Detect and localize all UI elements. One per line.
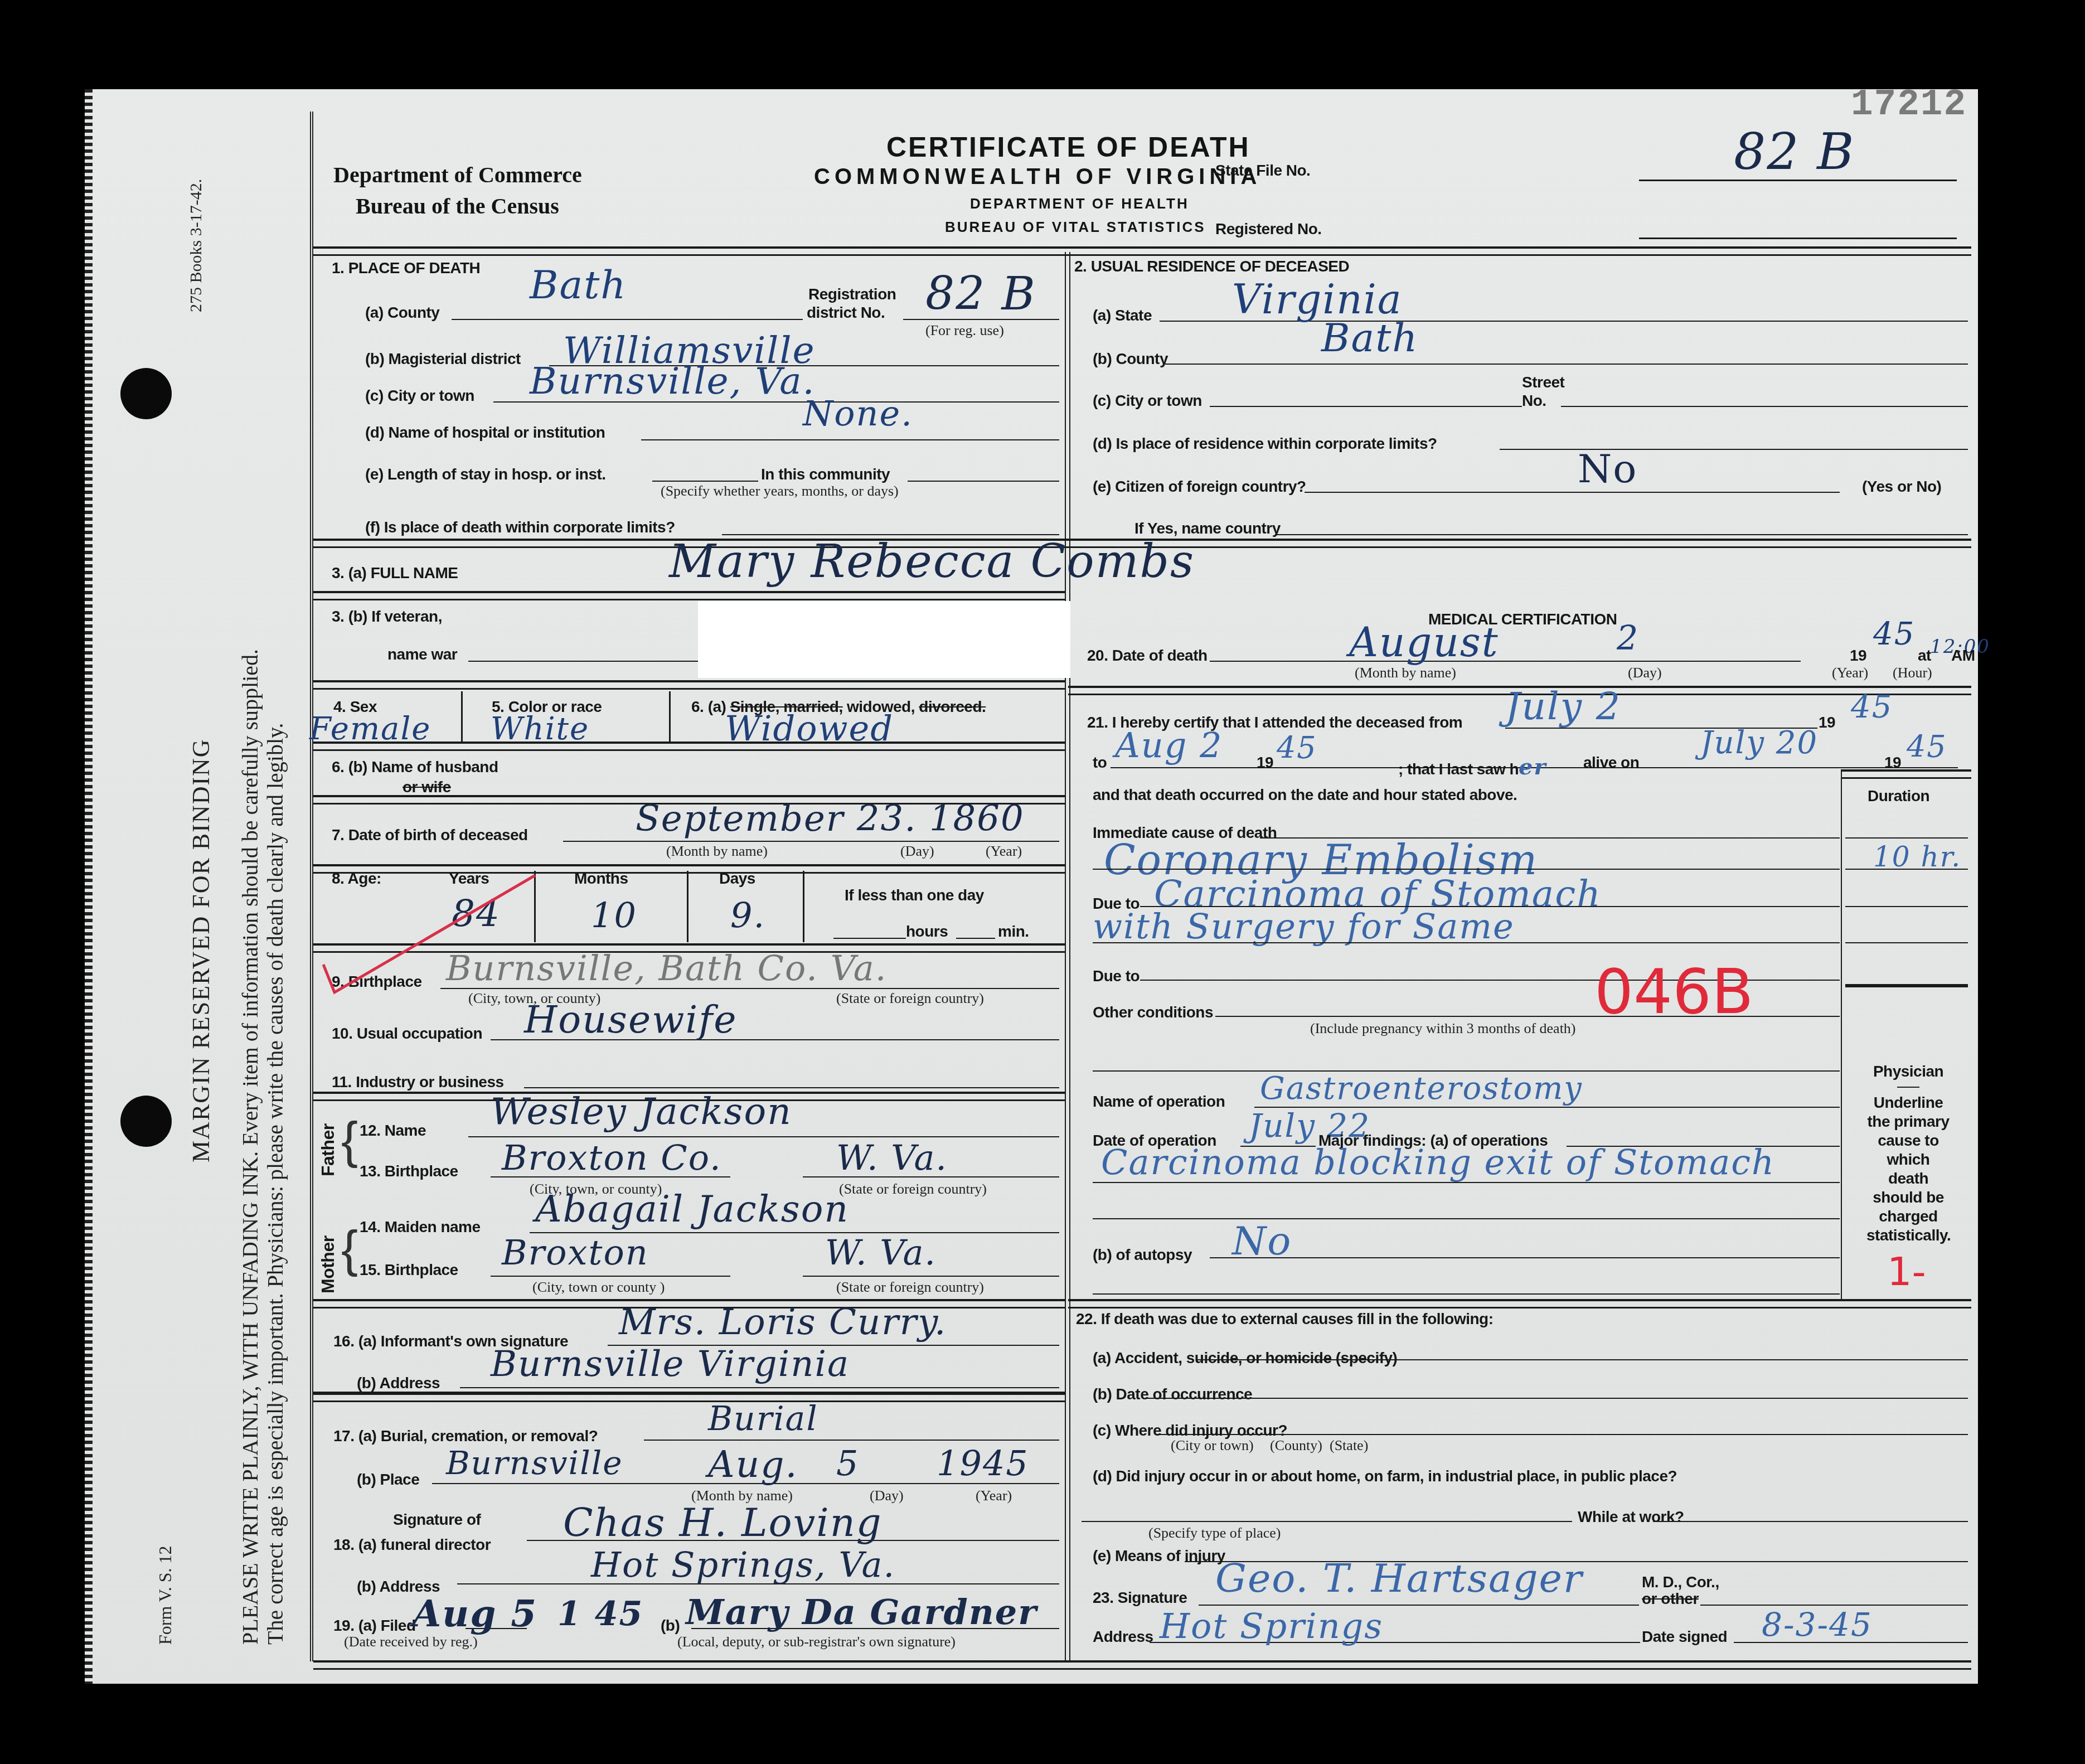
- dob-year-hint: (Year): [986, 843, 1022, 860]
- hours-label: hours: [906, 923, 948, 941]
- injury-city-hint: (City or town): [1171, 1437, 1254, 1454]
- operation-name-value[interactable]: Gastroenterostomy: [1260, 1070, 1583, 1107]
- registered-number-field[interactable]: [1639, 220, 1957, 237]
- dob-day-hint: (Day): [900, 843, 934, 860]
- spouse-name-label: 6. (b) Name of husband: [332, 758, 498, 776]
- community-label: In this community: [761, 466, 890, 483]
- due-to-value-1b[interactable]: with Surgery for Same: [1093, 906, 1515, 947]
- full-name-label: 3. (a) FULL NAME: [332, 564, 458, 582]
- burial-year-hint: (Year): [976, 1487, 1012, 1504]
- dob-month-hint: (Month by name): [666, 843, 768, 860]
- mother-tag: Mother: [318, 1235, 338, 1293]
- torn-edge: [85, 89, 93, 1684]
- occurrence-date-label: (b) Date of occurrence: [1093, 1385, 1252, 1403]
- informant-signature-value[interactable]: Mrs. Loris Curry.: [619, 1302, 947, 1343]
- magisterial-label: (b) Magisterial district: [365, 350, 521, 368]
- form-id: Form V. S. 12: [155, 1545, 176, 1645]
- filed-date-value[interactable]: Aug 5: [413, 1592, 537, 1635]
- department-of-health: DEPARTMENT OF HEALTH: [970, 195, 1189, 212]
- red-checkmark-icon: [312, 870, 546, 1004]
- dob-value[interactable]: September 23. 1860: [636, 798, 1025, 840]
- death-at-label: at: [1918, 647, 1931, 665]
- res-state-label: (a) State: [1093, 307, 1152, 324]
- filed-year-value[interactable]: 1 45: [557, 1595, 643, 1634]
- death-year-prefix: 19: [1850, 647, 1866, 665]
- other-conditions-label: Other conditions: [1093, 1004, 1213, 1021]
- min-label: min.: [998, 923, 1029, 941]
- informant-address-value[interactable]: Burnsville Virginia: [491, 1344, 850, 1385]
- occurred-label: and that death occurred on the date and …: [1093, 786, 1517, 804]
- mother-state-hint: (State or foreign country): [836, 1279, 984, 1296]
- burial-year-value[interactable]: 1945: [937, 1443, 1029, 1484]
- mother-city-hint: (City, town or county ): [532, 1279, 665, 1296]
- less-than-day-label: If less than one day: [845, 886, 984, 904]
- foreign-citizen-label: (e) Citizen of foreign country?: [1093, 478, 1306, 496]
- filed-date-hint: (Date received by reg.): [344, 1634, 478, 1650]
- injury-state-hint: (State): [1330, 1437, 1368, 1454]
- dod-hour-hint: (Hour): [1893, 665, 1932, 681]
- registrar-b-label: (b): [661, 1617, 680, 1635]
- commonwealth-title: COMMONWEALTH OF VIRGINIA: [814, 164, 1261, 190]
- industry-label: 11. Industry or business: [332, 1073, 504, 1091]
- registrar-signature-value[interactable]: Mary Da Gardner: [686, 1592, 1037, 1632]
- certificate-title: CERTIFICATE OF DEATH: [886, 131, 1250, 163]
- other-conditions-hint: (Include pregnancy within 3 months of de…: [1310, 1020, 1576, 1037]
- external-causes-heading: 22. If death was due to external causes …: [1076, 1310, 1494, 1328]
- reg-use-hint: (For reg. use): [925, 322, 1004, 339]
- operation-name-label: Name of operation: [1093, 1093, 1225, 1111]
- residence-heading: 2. USUAL RESIDENCE OF DECEASED: [1074, 258, 1349, 275]
- age-days-label: Days: [719, 870, 755, 888]
- major-findings-value[interactable]: Carcinoma blocking exit of Stomach: [1101, 1142, 1775, 1183]
- last-saw-label: ; that I last saw her: [1398, 754, 1547, 780]
- mother-birthplace-city[interactable]: Broxton: [502, 1232, 649, 1273]
- death-year-value[interactable]: 45: [1873, 616, 1915, 652]
- father-name-label: 12. Name: [360, 1122, 426, 1140]
- burial-method-label: 17. (a) Burial, cremation, or removal?: [333, 1427, 598, 1445]
- father-birthplace-state[interactable]: W. Va.: [836, 1137, 948, 1178]
- autopsy-value[interactable]: No: [1232, 1218, 1292, 1264]
- place-of-death-heading: 1. PLACE OF DEATH: [332, 259, 480, 277]
- father-name-value[interactable]: Wesley Jackson: [491, 1090, 792, 1133]
- age-months-label: Months: [574, 870, 628, 888]
- death-month-value[interactable]: August: [1349, 619, 1499, 666]
- date-signed-label: Date signed: [1642, 1628, 1727, 1646]
- bureau-census: Bureau of the Census: [356, 193, 559, 219]
- means-of-injury-label: (e) Means of injury: [1093, 1547, 1225, 1565]
- punch-hole-top: [120, 368, 172, 419]
- stamped-number: 17212: [1851, 84, 1967, 125]
- reg-district-label-2: district No.: [807, 304, 885, 322]
- death-county-value[interactable]: Bath: [530, 262, 627, 308]
- certifier-signature-value[interactable]: Geo. T. Hartsager: [1215, 1555, 1583, 1601]
- reg-district-label: Registration: [808, 285, 896, 303]
- reg-district-value[interactable]: 82 B: [925, 268, 1036, 321]
- last-seen-year[interactable]: 45: [1907, 729, 1947, 764]
- punch-hole-bottom: [120, 1096, 172, 1147]
- burial-method-value[interactable]: Burial: [708, 1399, 818, 1438]
- mother-birthplace-state[interactable]: W. Va.: [825, 1232, 937, 1273]
- mother-birthplace-label: 15. Birthplace: [360, 1261, 458, 1279]
- attended-from-year[interactable]: 45: [1851, 689, 1893, 725]
- burial-day-value[interactable]: 5: [836, 1443, 859, 1484]
- county-label: (a) County: [365, 304, 439, 322]
- physician-note: Physician Underline the primary cause to…: [1866, 1062, 1950, 1245]
- death-corporate-label: (f) Is place of death within corporate l…: [365, 518, 675, 536]
- certifier-address-value[interactable]: Hot Springs: [1160, 1606, 1383, 1646]
- date-signed-value[interactable]: 8-3-45: [1762, 1606, 1873, 1644]
- attended-from-value[interactable]: July 2: [1505, 685, 1621, 729]
- stay-label: (e) Length of stay in hosp. or inst.: [365, 466, 606, 483]
- mother-brace: {: [341, 1221, 358, 1278]
- dob-label: 7. Date of birth of deceased: [332, 826, 528, 844]
- print-info: 275 Books 3-17-42.: [187, 179, 206, 312]
- certifier-address-label: Address: [1093, 1628, 1153, 1646]
- spouse-or-wife-label: or wife: [403, 778, 451, 796]
- mother-name-label: 14. Maiden name: [360, 1218, 481, 1236]
- bureau-vital-statistics: BUREAU OF VITAL STATISTICS: [945, 219, 1206, 236]
- name-war-label: name war: [387, 646, 457, 663]
- dod-month-hint: (Month by name): [1355, 665, 1456, 681]
- registered-label: Registered No.: [1215, 220, 1322, 238]
- red-mark: 1-: [1887, 1249, 1926, 1295]
- res-county-label: (b) County: [1093, 350, 1168, 368]
- instruction-line-2: The correct age is especially important.…: [262, 723, 288, 1645]
- burial-place-value[interactable]: Burnsville: [446, 1444, 623, 1482]
- yes-no-hint: (Yes or No): [1862, 478, 1941, 496]
- due-to-label-2: Due to: [1093, 967, 1140, 985]
- director-signature-label: Signature of: [393, 1511, 481, 1529]
- to-year-prefix: 19: [1257, 754, 1273, 772]
- occupation-value[interactable]: Housewife: [524, 998, 738, 1042]
- full-name-value[interactable]: Mary Rebecca Combs: [669, 535, 1195, 588]
- res-county-value[interactable]: Bath: [1321, 315, 1418, 361]
- death-ampm: AM: [1951, 647, 1975, 665]
- age-months-value[interactable]: 10: [591, 895, 637, 936]
- father-tag: Father: [318, 1123, 338, 1176]
- registrar-hint: (Local, deputy, or sub-registrar's own s…: [677, 1634, 956, 1650]
- from-year-prefix: 19: [1819, 714, 1835, 731]
- hospital-label: (d) Name of hospital or institution: [365, 424, 605, 442]
- death-city-value[interactable]: Burnsville, Va.: [530, 360, 816, 403]
- filed-label: 19. (a) Filed: [333, 1617, 416, 1635]
- state-file-label: State File No.: [1215, 162, 1310, 180]
- age-days-value[interactable]: 9.: [730, 895, 765, 936]
- death-city-label: (c) City or town: [365, 387, 474, 405]
- res-corporate-label: (d) Is place of residence within corpora…: [1093, 435, 1437, 453]
- attended-to-value[interactable]: Aug 2: [1115, 725, 1223, 765]
- dept-commerce: Department of Commerce: [333, 162, 582, 188]
- stay-hint: (Specify whether years, months, or days): [661, 483, 899, 500]
- injury-place-label: (d) Did injury occur in or about home, o…: [1093, 1467, 1677, 1485]
- date-of-death-label: 20. Date of death: [1087, 647, 1208, 665]
- father-brace: {: [341, 1112, 358, 1170]
- duration-label: Duration: [1868, 787, 1929, 805]
- father-state-hint: (State or foreign country): [839, 1181, 987, 1198]
- director-address-value[interactable]: Hot Springs, Va.: [591, 1544, 895, 1585]
- alive-on-label: alive on: [1583, 754, 1639, 772]
- or-other-label: or other: [1642, 1590, 1699, 1608]
- attended-to-year[interactable]: 45: [1277, 730, 1317, 765]
- burial-month-value[interactable]: Aug.: [708, 1443, 798, 1486]
- md-cor-label: M. D., Cor.,: [1642, 1573, 1719, 1591]
- hospital-value[interactable]: None.: [803, 393, 913, 434]
- foreign-citizen-value[interactable]: No: [1578, 446, 1637, 492]
- accident-label: (a) Accident, suicide, or homicide (spec…: [1093, 1349, 1397, 1367]
- instruction-line-1: PLEASE WRITE PLAINLY, WITH UNFADING INK.…: [237, 649, 263, 1645]
- dod-day-hint: (Day): [1628, 665, 1662, 681]
- occupation-label: 10. Usual occupation: [332, 1025, 482, 1043]
- funeral-director-label: 18. (a) funeral director: [333, 1536, 491, 1554]
- injury-county-hint: (County): [1270, 1437, 1322, 1454]
- burial-place-label: (b) Place: [357, 1471, 419, 1489]
- veteran-label: 3. (b) If veteran,: [332, 608, 442, 626]
- certifier-signature-label: 23. Signature: [1093, 1589, 1187, 1607]
- to-label: to: [1093, 754, 1107, 772]
- street-no-label: No.: [1522, 392, 1546, 410]
- last-seen-value[interactable]: July 20: [1700, 725, 1818, 761]
- while-at-work-label: While at work?: [1578, 1508, 1684, 1526]
- father-birthplace-label: 13. Birthplace: [360, 1162, 458, 1180]
- res-city-label: (c) City or town: [1093, 392, 1202, 410]
- autopsy-label: (b) of autopsy: [1093, 1246, 1192, 1264]
- place-type-hint: (Specify type of place): [1148, 1525, 1281, 1542]
- death-day-value[interactable]: 2: [1617, 619, 1639, 658]
- funeral-director-value[interactable]: Chas H. Loving: [563, 1500, 883, 1545]
- spouse-name-field[interactable]: [557, 758, 1059, 792]
- redacted-area: [698, 601, 1070, 678]
- binding-note: MARGIN RESERVED FOR BINDING: [187, 738, 215, 1162]
- mother-name-value[interactable]: Abagail Jackson: [535, 1188, 849, 1230]
- informant-address-label: (b) Address: [357, 1374, 440, 1392]
- street-label: Street: [1522, 374, 1564, 391]
- dod-year-hint: (Year): [1832, 665, 1868, 681]
- father-birthplace-city[interactable]: Broxton Co.: [502, 1137, 722, 1178]
- state-file-value[interactable]: 82 B: [1734, 123, 1855, 181]
- birthplace-state-hint: (State or foreign country): [836, 990, 984, 1007]
